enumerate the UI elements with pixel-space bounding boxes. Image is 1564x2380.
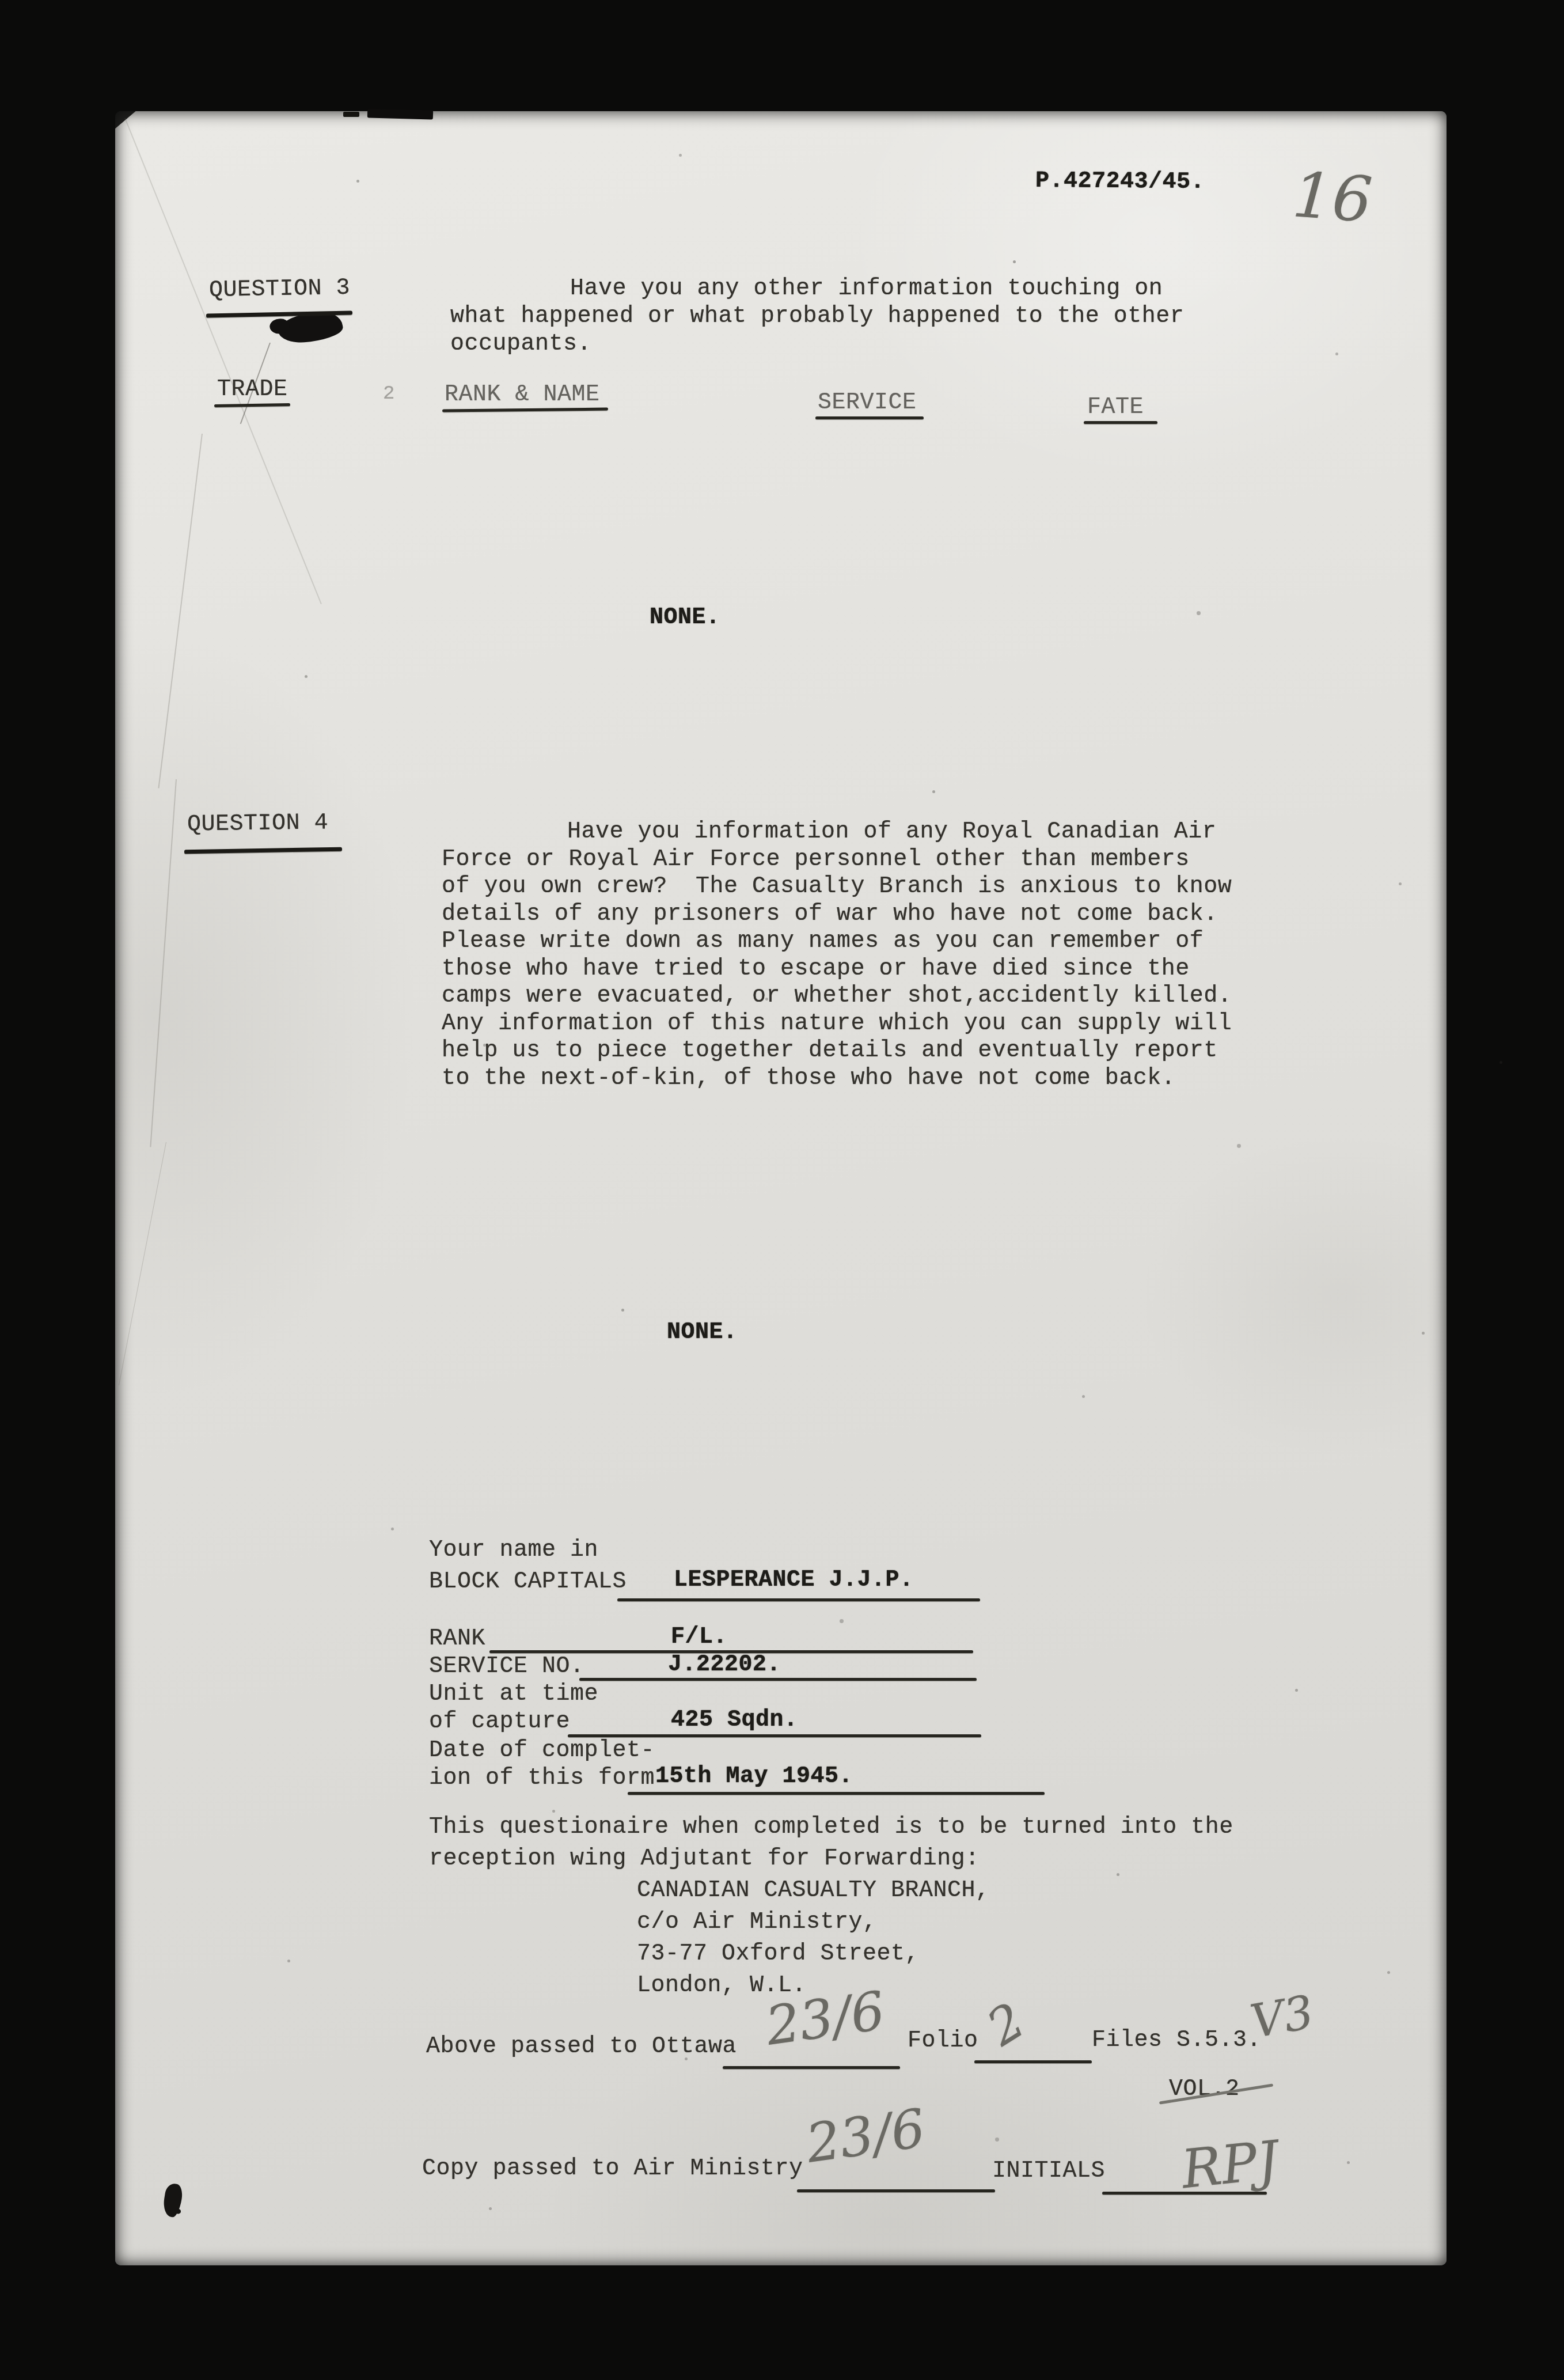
name-value: LESPERANCE J.J.P.	[674, 1567, 914, 1594]
column-header-service: SERVICE	[818, 390, 917, 416]
rank-value: F/L.	[671, 1624, 727, 1651]
initials-label: INITIALS	[992, 2158, 1105, 2185]
document-page: P.427243/45. 16 QUESTION 3 Have you any …	[115, 111, 1447, 2265]
name-field-underline	[617, 1598, 980, 1601]
stray-typed-mark: 2	[383, 381, 395, 407]
unit-label-line2: of capture	[429, 1709, 570, 1735]
question-4-text: Have you information of any Royal Canadi…	[442, 818, 1265, 1092]
initials-underline	[1102, 2192, 1267, 2195]
column-header-fate: FATE	[1087, 395, 1144, 421]
scan-background: P.427243/45. 16 QUESTION 3 Have you any …	[0, 0, 1564, 2380]
question-4-heading-underline	[184, 847, 342, 854]
ink-blot-bottom	[162, 2182, 184, 2218]
name-label-line2: BLOCK CAPITALS	[429, 1569, 627, 1595]
files-label: Files S.5.3.	[1092, 2027, 1261, 2054]
forwarding-address: CANADIAN CASUALTY BRANCH, c/o Air Minist…	[637, 1875, 1155, 2002]
air-ministry-date-underline	[797, 2189, 995, 2192]
question-3-text: Have you any other information touching …	[450, 275, 1233, 358]
air-ministry-date-handwritten: 23/6	[803, 2097, 929, 2175]
file-reference-number: P.427243/45.	[1035, 168, 1205, 196]
crease-line	[158, 434, 203, 789]
files-volume-handwritten: V3	[1247, 1985, 1318, 2048]
question-4-heading: QUESTION 4	[187, 810, 329, 838]
question-4-answer: NONE.	[667, 1320, 738, 1346]
date-label-line1: Date of complet-	[429, 1738, 655, 1764]
column-header-trade-underline	[214, 403, 290, 407]
service-number-value: J.22202.	[668, 1652, 781, 1678]
unit-value: 425 Sqdn.	[671, 1707, 798, 1734]
ottawa-date-underline	[723, 2066, 900, 2069]
handwritten-page-number: 16	[1290, 159, 1375, 236]
column-header-service-underline	[815, 416, 924, 419]
service-number-label: SERVICE NO.	[429, 1654, 584, 1680]
folio-underline	[974, 2060, 1092, 2063]
folio-value-handwritten: 2	[978, 1992, 1035, 2057]
column-header-fate-underline	[1084, 421, 1157, 424]
crease-line	[119, 1142, 166, 1385]
rank-label: RANK	[429, 1626, 485, 1653]
air-ministry-routing-label: Copy passed to Air Ministry	[422, 2156, 803, 2182]
crease-line	[150, 779, 177, 1147]
date-field-underline	[628, 1792, 1045, 1795]
unit-field-underline	[568, 1734, 981, 1737]
unit-label-line1: Unit at time	[429, 1681, 598, 1708]
service-number-underline	[579, 1678, 977, 1681]
top-edge-ink-mark	[367, 109, 433, 120]
ottawa-routing-label: Above passed to Ottawa	[426, 2034, 737, 2060]
submission-instructions: This questionaire when completed is to b…	[429, 1811, 1264, 1875]
top-edge-ink-mark-small	[343, 112, 359, 117]
crease-line	[124, 118, 322, 604]
column-header-trade: TRADE	[217, 377, 288, 403]
date-label-line2: ion of this form	[429, 1765, 655, 1792]
question-3-answer: NONE.	[650, 605, 720, 631]
folio-label: Folio	[908, 2028, 978, 2055]
column-header-rank-name: RANK & NAME	[445, 382, 600, 408]
name-label-line1: Your name in	[429, 1537, 598, 1564]
question-3-heading: QUESTION 3	[209, 275, 351, 304]
initials-handwritten: RPJ	[1179, 2129, 1281, 2201]
date-value: 15th May 1945.	[655, 1764, 853, 1790]
